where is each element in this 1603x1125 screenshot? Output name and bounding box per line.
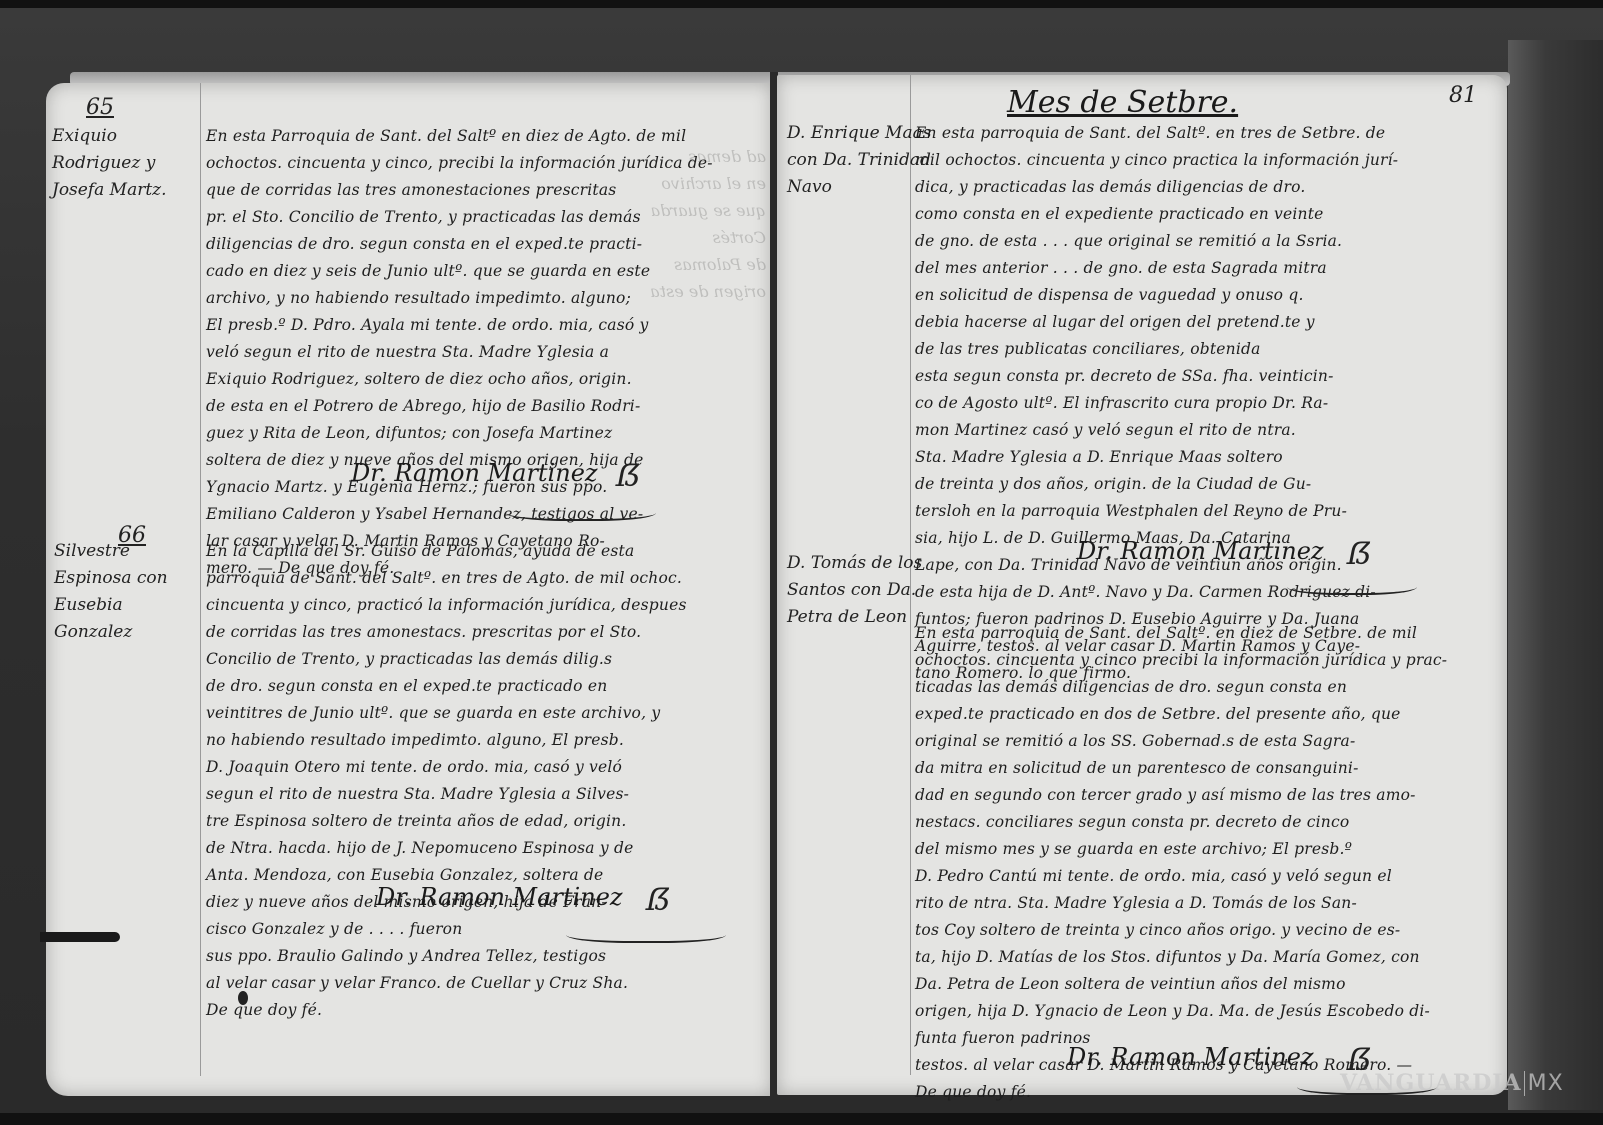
signature: Dr. Ramon Martinez: [351, 459, 598, 487]
entry-margin-note: Silvestre Espinosa con Eusebia Gonzalez: [54, 538, 204, 646]
entry-text: En esta parroquia de Sant. del Saltº. en…: [915, 620, 1500, 1106]
watermark-brand: VANGUARDIA: [1340, 1070, 1522, 1096]
entry-margin-note: D. Tomás de los Santos con Da. Petra de …: [787, 550, 937, 631]
ink-blot: [238, 991, 248, 1005]
page-number: 81: [1449, 83, 1477, 108]
signature: Dr. Ramon Martinez: [1067, 1043, 1314, 1071]
entry-number: 65: [86, 95, 114, 120]
signature-flourish-icon: ẞ: [616, 459, 641, 494]
entry-text: En la Capilla del Sr. Guiso de Palomas, …: [206, 538, 766, 1024]
rubric-mark: [566, 923, 726, 943]
entry-text: En esta Parroquia de Sant. del Saltº en …: [206, 123, 766, 582]
signature: Dr. Ramon Martinez: [376, 883, 623, 911]
signature-flourish-icon: ẞ: [1347, 537, 1372, 572]
entry-margin-note: Exiquio Rodriguez y Josefa Martz.: [52, 123, 202, 204]
book-binding: [1508, 40, 1603, 1110]
left-page: ad demas en el archivo que se guarda Cor…: [46, 83, 772, 1096]
section-title: Mes de Setbre.: [1007, 85, 1238, 120]
watermark-suffix: MX: [1524, 1071, 1564, 1096]
entry-text: En esta parroquia de Sant. del Saltº. en…: [915, 120, 1500, 687]
right-page: 81 Mes de Setbre. D. Enrique Maas con Da…: [777, 75, 1507, 1095]
signature-flourish-icon: ẞ: [646, 883, 671, 918]
signature: Dr. Ramon Martinez: [1077, 537, 1324, 565]
watermark-logo: VANGUARDIAMX: [1340, 1070, 1564, 1096]
bookmark-strip: [40, 932, 120, 942]
rubric-mark: [1287, 575, 1417, 595]
rubric-mark: [506, 501, 656, 521]
